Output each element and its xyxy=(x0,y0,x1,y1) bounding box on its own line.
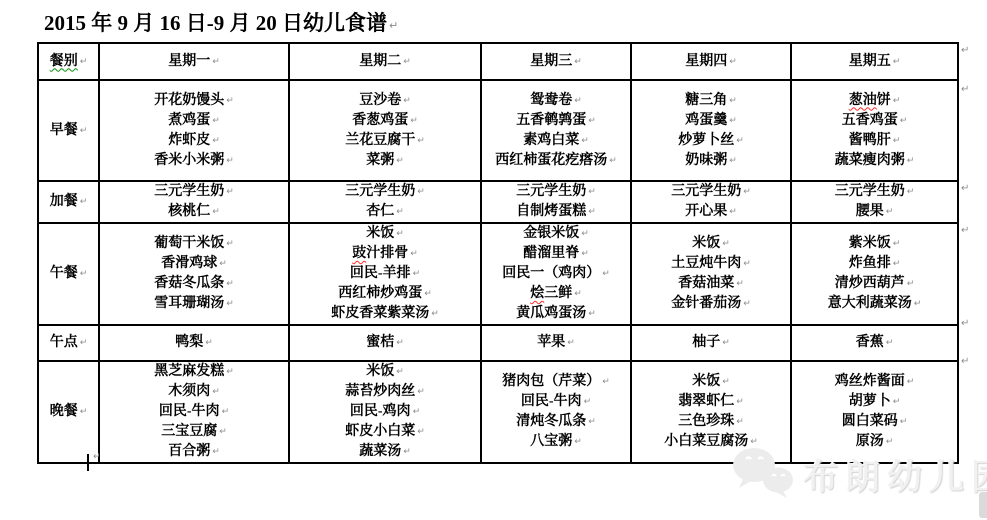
menu-line: 猪肉包（芹菜）↵ xyxy=(482,372,630,392)
menu-line: 西红柿炒鸡蛋↵ xyxy=(290,284,480,304)
line-end-mark: ↵ xyxy=(588,309,596,319)
line-end-mark: ↵ xyxy=(396,156,404,166)
paragraph-mark: ↵ xyxy=(93,452,101,462)
header-day-2[interactable]: 星期二↵ xyxy=(289,43,481,80)
menu-line: 三元学生奶↵ xyxy=(632,182,790,202)
spellcheck-underline: 餐别 xyxy=(50,54,78,69)
menu-line: 鸡丝炸酱面↵ xyxy=(792,372,957,392)
menu-line: 奶味粥↵ xyxy=(632,151,790,171)
line-end-mark: ↵ xyxy=(226,279,234,289)
line-end-mark: ↵ xyxy=(602,377,610,387)
line-end-mark: ↵ xyxy=(722,377,730,387)
line-end-mark: ↵ xyxy=(212,447,220,457)
line-end-mark: ↵ xyxy=(722,239,730,249)
line-end-mark: ↵ xyxy=(80,407,88,417)
menu-line: 星期四↵ xyxy=(632,52,790,72)
line-end-mark: ↵ xyxy=(736,136,744,146)
line-end-mark: ↵ xyxy=(431,309,439,319)
line-end-mark: ↵ xyxy=(609,156,617,166)
line-end-mark: ↵ xyxy=(907,377,915,387)
line-end-mark: ↵ xyxy=(581,136,589,146)
menu-line: 圆白菜码↵ xyxy=(792,412,957,432)
line-end-mark: ↵ xyxy=(588,116,596,126)
line-end-mark: ↵ xyxy=(722,338,730,348)
menu-cell-r0-c2[interactable]: 鸳鸯卷↵五香鹌鹑蛋↵素鸡白菜↵西红柿蛋花疙瘩汤↵ xyxy=(481,80,631,181)
line-end-mark: ↵ xyxy=(893,239,901,249)
line-end-mark: ↵ xyxy=(219,259,227,269)
menu-line: 煮鸡蛋↵ xyxy=(100,111,288,131)
menu-cell-r0-c0[interactable]: 开花奶馒头↵煮鸡蛋↵炸虾皮↵香米小米粥↵ xyxy=(99,80,289,181)
menu-cell-r3-c4[interactable]: 香蕉↵ xyxy=(791,325,958,361)
line-end-mark: ↵ xyxy=(226,367,234,377)
line-end-mark: ↵ xyxy=(900,417,908,427)
menu-line: 柚子↵ xyxy=(632,333,790,353)
menu-line: 木须肉↵ xyxy=(100,382,288,402)
menu-line: 杏仁↵ xyxy=(290,202,480,222)
line-end-mark: ↵ xyxy=(403,447,411,457)
menu-cell-r2-c3[interactable]: 米饭↵土豆炖牛肉↵香菇油菜↵金针番茄汤↵ xyxy=(631,223,791,325)
line-end-mark: ↵ xyxy=(736,417,744,427)
menu-line: 五香鹌鹑蛋↵ xyxy=(482,111,630,131)
menu-line: 葡萄干米饭↵ xyxy=(100,234,288,254)
menu-line: 回民-羊排↵ xyxy=(290,264,480,284)
menu-cell-r4-c2[interactable]: 猪肉包（芹菜）↵回民-牛肉↵清炖冬瓜条↵八宝粥↵ xyxy=(481,361,631,463)
row-end-mark: ↵ xyxy=(961,45,969,56)
line-end-mark: ↵ xyxy=(212,57,220,67)
menu-line: 蔬菜汤↵ xyxy=(290,442,480,462)
menu-line: 菜粥↵ xyxy=(290,151,480,171)
header-meal-type[interactable]: 餐别↵ xyxy=(38,43,99,80)
menu-line: 三元学生奶↵ xyxy=(482,182,630,202)
menu-line: 香菇冬瓜条↵ xyxy=(100,274,288,294)
line-end-mark: ↵ xyxy=(743,187,751,197)
line-end-mark: ↵ xyxy=(212,136,220,146)
menu-line: 开花奶馒头↵ xyxy=(100,91,288,111)
watermark-text: 布朗幼儿园 xyxy=(803,450,987,500)
line-end-mark: ↵ xyxy=(417,427,425,437)
menu-line: 葱油饼↵ xyxy=(792,91,957,111)
menu-line: 紫米饭↵ xyxy=(792,234,957,254)
menu-line: 兰花豆腐干↵ xyxy=(290,131,480,151)
line-end-mark: ↵ xyxy=(212,207,220,217)
menu-cell-r1-c2[interactable]: 三元学生奶↵自制烤蛋糕↵ xyxy=(481,181,631,223)
menu-line: 金银米饭↵ xyxy=(482,224,630,244)
line-end-mark: ↵ xyxy=(574,96,582,106)
menu-cell-r4-c0[interactable]: 黑芝麻发糕↵木须肉↵回民-牛肉↵三宝豆腐↵百合粥↵ xyxy=(99,361,289,463)
line-end-mark: ↵ xyxy=(893,259,901,269)
line-end-mark: ↵ xyxy=(574,289,582,299)
menu-line: 豆沙卷↵ xyxy=(290,91,480,111)
line-end-mark: ↵ xyxy=(222,407,230,417)
menu-line: 星期五↵ xyxy=(792,52,957,72)
line-end-mark: ↵ xyxy=(588,207,596,217)
menu-line: 米饭↵ xyxy=(632,372,790,392)
menu-cell-r4-c1[interactable]: 米饭↵蒜苔炒肉丝↵回民-鸡肉↵虾皮小白菜↵蔬菜汤↵ xyxy=(289,361,481,463)
menu-line: 鸡蛋羹↵ xyxy=(632,111,790,131)
header-day-3[interactable]: 星期三↵ xyxy=(481,43,631,80)
menu-line: 香菇油菜↵ xyxy=(632,274,790,294)
line-end-mark: ↵ xyxy=(581,249,589,259)
line-end-mark: ↵ xyxy=(588,417,596,427)
menu-line: 鸳鸯卷↵ xyxy=(482,91,630,111)
line-end-mark: ↵ xyxy=(574,437,582,447)
menu-line: 雪耳珊瑚汤↵ xyxy=(100,294,288,314)
menu-line: 米饭↵ xyxy=(290,362,480,382)
line-end-mark: ↵ xyxy=(907,279,915,289)
row-end-mark: ↵ xyxy=(961,183,969,194)
menu-line: 糖三角↵ xyxy=(632,91,790,111)
line-end-mark: ↵ xyxy=(396,229,404,239)
menu-line: 蔬菜瘦肉粥↵ xyxy=(792,151,957,171)
header-day-5[interactable]: 星期五↵ xyxy=(791,43,958,80)
menu-line: 午点↵ xyxy=(39,333,98,353)
menu-line: 虾皮香菜紫菜汤↵ xyxy=(290,304,480,324)
menu-line: 晚餐↵ xyxy=(39,402,98,422)
line-end-mark: ↵ xyxy=(80,338,88,348)
line-end-mark: ↵ xyxy=(226,299,234,309)
line-end-mark: ↵ xyxy=(403,57,411,67)
line-end-mark: ↵ xyxy=(80,269,88,279)
row-end-mark: ↵ xyxy=(961,225,969,236)
meal-label-1[interactable]: 加餐↵ xyxy=(38,181,99,223)
menu-line: 回民一（鸡肉）↵ xyxy=(482,264,630,284)
menu-line: 三色珍珠↵ xyxy=(632,412,790,432)
menu-line: 虾皮小白菜↵ xyxy=(290,422,480,442)
menu-cell-r3-c2[interactable]: 苹果↵ xyxy=(481,325,631,361)
menu-cell-r1-c1[interactable]: 三元学生奶↵杏仁↵ xyxy=(289,181,481,223)
line-end-mark: ↵ xyxy=(584,397,592,407)
menu-line: 清炒西葫芦↵ xyxy=(792,274,957,294)
line-end-mark: ↵ xyxy=(212,387,220,397)
header-day-4[interactable]: 星期四↵ xyxy=(631,43,791,80)
line-end-mark: ↵ xyxy=(226,187,234,197)
spellcheck-underline: 葱油 xyxy=(849,93,877,108)
line-end-mark: ↵ xyxy=(736,279,744,289)
line-end-mark: ↵ xyxy=(396,207,404,217)
text-cursor xyxy=(87,454,89,471)
menu-line: 苹果↵ xyxy=(482,333,630,353)
meal-label-3[interactable]: 午点↵ xyxy=(38,325,99,361)
page-edge-artifact xyxy=(979,492,987,518)
menu-line: 加餐↵ xyxy=(39,192,98,212)
menu-line: 醋溜里脊↵ xyxy=(482,244,630,264)
menu-line: 蒜苔炒肉丝↵ xyxy=(290,382,480,402)
line-end-mark: ↵ xyxy=(893,96,901,106)
line-end-mark: ↵ xyxy=(729,116,737,126)
line-end-mark: ↵ xyxy=(417,387,425,397)
menu-cell-r3-c0[interactable]: 鸭梨↵ xyxy=(99,325,289,361)
line-end-mark: ↵ xyxy=(729,207,737,217)
menu-line: 午餐↵ xyxy=(39,264,98,284)
document-page: 2015 年 9 月 16 日-9 月 20 日幼儿食谱↵ 餐别↵星期一↵星期二… xyxy=(0,0,987,520)
row-end-mark: ↵ xyxy=(961,84,969,95)
menu-cell-r1-c0[interactable]: 三元学生奶↵核桃仁↵ xyxy=(99,181,289,223)
menu-line: 核桃仁↵ xyxy=(100,202,288,222)
line-end-mark: ↵ xyxy=(602,269,610,279)
line-end-mark: ↵ xyxy=(900,116,908,126)
menu-line: 素鸡白菜↵ xyxy=(482,131,630,151)
menu-line: 回民-牛肉↵ xyxy=(482,392,630,412)
menu-line: 胡萝卜↵ xyxy=(792,392,957,412)
menu-line: 黄瓜鸡蛋汤↵ xyxy=(482,304,630,324)
menu-line: 土豆炖牛肉↵ xyxy=(632,254,790,274)
menu-line: 星期三↵ xyxy=(482,52,630,72)
line-end-mark: ↵ xyxy=(886,207,894,217)
menu-cell-r2-c2[interactable]: 金银米饭↵醋溜里脊↵回民一（鸡肉）↵烩三鲜↵黄瓜鸡蛋汤↵ xyxy=(481,223,631,325)
line-end-mark: ↵ xyxy=(743,259,751,269)
menu-table: 餐别↵星期一↵星期二↵星期三↵星期四↵星期五↵早餐↵开花奶馒头↵煮鸡蛋↵炸虾皮↵… xyxy=(37,42,959,464)
line-end-mark: ↵ xyxy=(574,57,582,67)
menu-cell-r1-c3[interactable]: 三元学生奶↵开心果↵ xyxy=(631,181,791,223)
menu-cell-r0-c3[interactable]: 糖三角↵鸡蛋羹↵炒萝卜丝↵奶味粥↵ xyxy=(631,80,791,181)
spellcheck-underline: 豉 xyxy=(352,246,366,261)
menu-line: 炸虾皮↵ xyxy=(100,131,288,151)
line-end-mark: ↵ xyxy=(219,427,227,437)
menu-line: 米饭↵ xyxy=(290,224,480,244)
menu-line: 意大利蔬菜汤↵ xyxy=(792,294,957,314)
line-end-mark: ↵ xyxy=(893,136,901,146)
meal-label-4[interactable]: 晚餐↵ xyxy=(38,361,99,463)
line-end-mark: ↵ xyxy=(581,229,589,239)
meal-label-0[interactable]: 早餐↵ xyxy=(38,80,99,181)
menu-line: 腰果↵ xyxy=(792,202,957,222)
line-end-mark: ↵ xyxy=(396,367,404,377)
menu-line: 三元学生奶↵ xyxy=(290,182,480,202)
menu-line: 三元学生奶↵ xyxy=(792,182,957,202)
line-end-mark: ↵ xyxy=(567,338,575,348)
row-end-mark: ↵ xyxy=(961,318,969,329)
line-end-mark: ↵ xyxy=(80,57,88,67)
menu-line: 星期一↵ xyxy=(100,52,288,72)
menu-line: 回民-牛肉↵ xyxy=(100,402,288,422)
menu-line: 香米小米粥↵ xyxy=(100,151,288,171)
line-end-mark: ↵ xyxy=(403,96,411,106)
menu-line: 香蕉↵ xyxy=(792,333,957,353)
row-end-mark: ↵ xyxy=(961,356,969,367)
menu-line: 五香鸡蛋↵ xyxy=(792,111,957,131)
menu-line: 早餐↵ xyxy=(39,121,98,141)
menu-line: 清炖冬瓜条↵ xyxy=(482,412,630,432)
menu-line: 三元学生奶↵ xyxy=(100,182,288,202)
menu-line: 星期二↵ xyxy=(290,52,480,72)
menu-cell-r1-c4[interactable]: 三元学生奶↵腰果↵ xyxy=(791,181,958,223)
menu-line: 餐别↵ xyxy=(39,52,98,72)
menu-line: 炸鱼排↵ xyxy=(792,254,957,274)
menu-line: 豉汁排骨↵ xyxy=(290,244,480,264)
line-end-mark: ↵ xyxy=(743,299,751,309)
line-end-mark: ↵ xyxy=(417,187,425,197)
menu-line: 炒萝卜丝↵ xyxy=(632,131,790,151)
line-end-mark: ↵ xyxy=(893,57,901,67)
line-end-mark: ↵ xyxy=(205,338,213,348)
line-end-mark: ↵ xyxy=(729,156,737,166)
menu-line: 八宝粥↵ xyxy=(482,432,630,452)
menu-line: 西红柿蛋花疙瘩汤↵ xyxy=(482,151,630,171)
menu-line: 米饭↵ xyxy=(632,234,790,254)
paragraph-mark: ↵ xyxy=(389,19,398,32)
menu-cell-r3-c3[interactable]: 柚子↵ xyxy=(631,325,791,361)
line-end-mark: ↵ xyxy=(226,239,234,249)
title-text: 2015 年 9 月 16 日-9 月 20 日幼儿食谱 xyxy=(44,11,387,35)
watermark: 布朗幼儿园 xyxy=(731,446,987,503)
line-end-mark: ↵ xyxy=(729,57,737,67)
menu-cell-r0-c4[interactable]: 葱油饼↵五香鸡蛋↵酱鸭肝↵蔬菜瘦肉粥↵ xyxy=(791,80,958,181)
menu-line: 蜜桔↵ xyxy=(290,333,480,353)
menu-line: 金针番茄汤↵ xyxy=(632,294,790,314)
document-title[interactable]: 2015 年 9 月 16 日-9 月 20 日幼儿食谱↵ xyxy=(44,7,398,37)
menu-cell-r2-c0[interactable]: 葡萄干米饭↵香滑鸡球↵香菇冬瓜条↵雪耳珊瑚汤↵ xyxy=(99,223,289,325)
menu-line: 三宝豆腐↵ xyxy=(100,422,288,442)
line-end-mark: ↵ xyxy=(588,187,596,197)
menu-line: 翡翠虾仁↵ xyxy=(632,392,790,412)
menu-cell-r3-c1[interactable]: 蜜桔↵ xyxy=(289,325,481,361)
menu-line: 回民-鸡肉↵ xyxy=(290,402,480,422)
line-end-mark: ↵ xyxy=(729,96,737,106)
menu-line: 百合粥↵ xyxy=(100,442,288,462)
menu-line: 烩三鲜↵ xyxy=(482,284,630,304)
line-end-mark: ↵ xyxy=(736,397,744,407)
line-end-mark: ↵ xyxy=(410,116,418,126)
line-end-mark: ↵ xyxy=(907,187,915,197)
line-end-mark: ↵ xyxy=(80,126,88,136)
menu-line: 开心果↵ xyxy=(632,202,790,222)
line-end-mark: ↵ xyxy=(80,197,88,207)
menu-cell-r2-c1[interactable]: 米饭↵豉汁排骨↵回民-羊排↵西红柿炒鸡蛋↵虾皮香菜紫菜汤↵ xyxy=(289,223,481,325)
meal-label-2[interactable]: 午餐↵ xyxy=(38,223,99,325)
line-end-mark: ↵ xyxy=(424,289,432,299)
line-end-mark: ↵ xyxy=(396,338,404,348)
line-end-mark: ↵ xyxy=(914,299,922,309)
line-end-mark: ↵ xyxy=(212,116,220,126)
menu-line: 香滑鸡球↵ xyxy=(100,254,288,274)
menu-line: 自制烤蛋糕↵ xyxy=(482,202,630,222)
spellcheck-underline: 烩 xyxy=(530,286,544,301)
line-end-mark: ↵ xyxy=(893,397,901,407)
menu-cell-r2-c4[interactable]: 紫米饭↵炸鱼排↵清炒西葫芦↵意大利蔬菜汤↵ xyxy=(791,223,958,325)
line-end-mark: ↵ xyxy=(886,338,894,348)
menu-line: 香葱鸡蛋↵ xyxy=(290,111,480,131)
line-end-mark: ↵ xyxy=(410,249,418,259)
line-end-mark: ↵ xyxy=(413,269,421,279)
menu-line: 黑芝麻发糕↵ xyxy=(100,362,288,382)
line-end-mark: ↵ xyxy=(413,407,421,417)
menu-cell-r0-c1[interactable]: 豆沙卷↵香葱鸡蛋↵兰花豆腐干↵菜粥↵ xyxy=(289,80,481,181)
line-end-mark: ↵ xyxy=(417,136,425,146)
header-day-1[interactable]: 星期一↵ xyxy=(99,43,289,80)
wechat-icon xyxy=(731,446,795,503)
line-end-mark: ↵ xyxy=(226,96,234,106)
line-end-mark: ↵ xyxy=(226,156,234,166)
menu-line: 鸭梨↵ xyxy=(100,333,288,353)
line-end-mark: ↵ xyxy=(907,156,915,166)
menu-line: 酱鸭肝↵ xyxy=(792,131,957,151)
